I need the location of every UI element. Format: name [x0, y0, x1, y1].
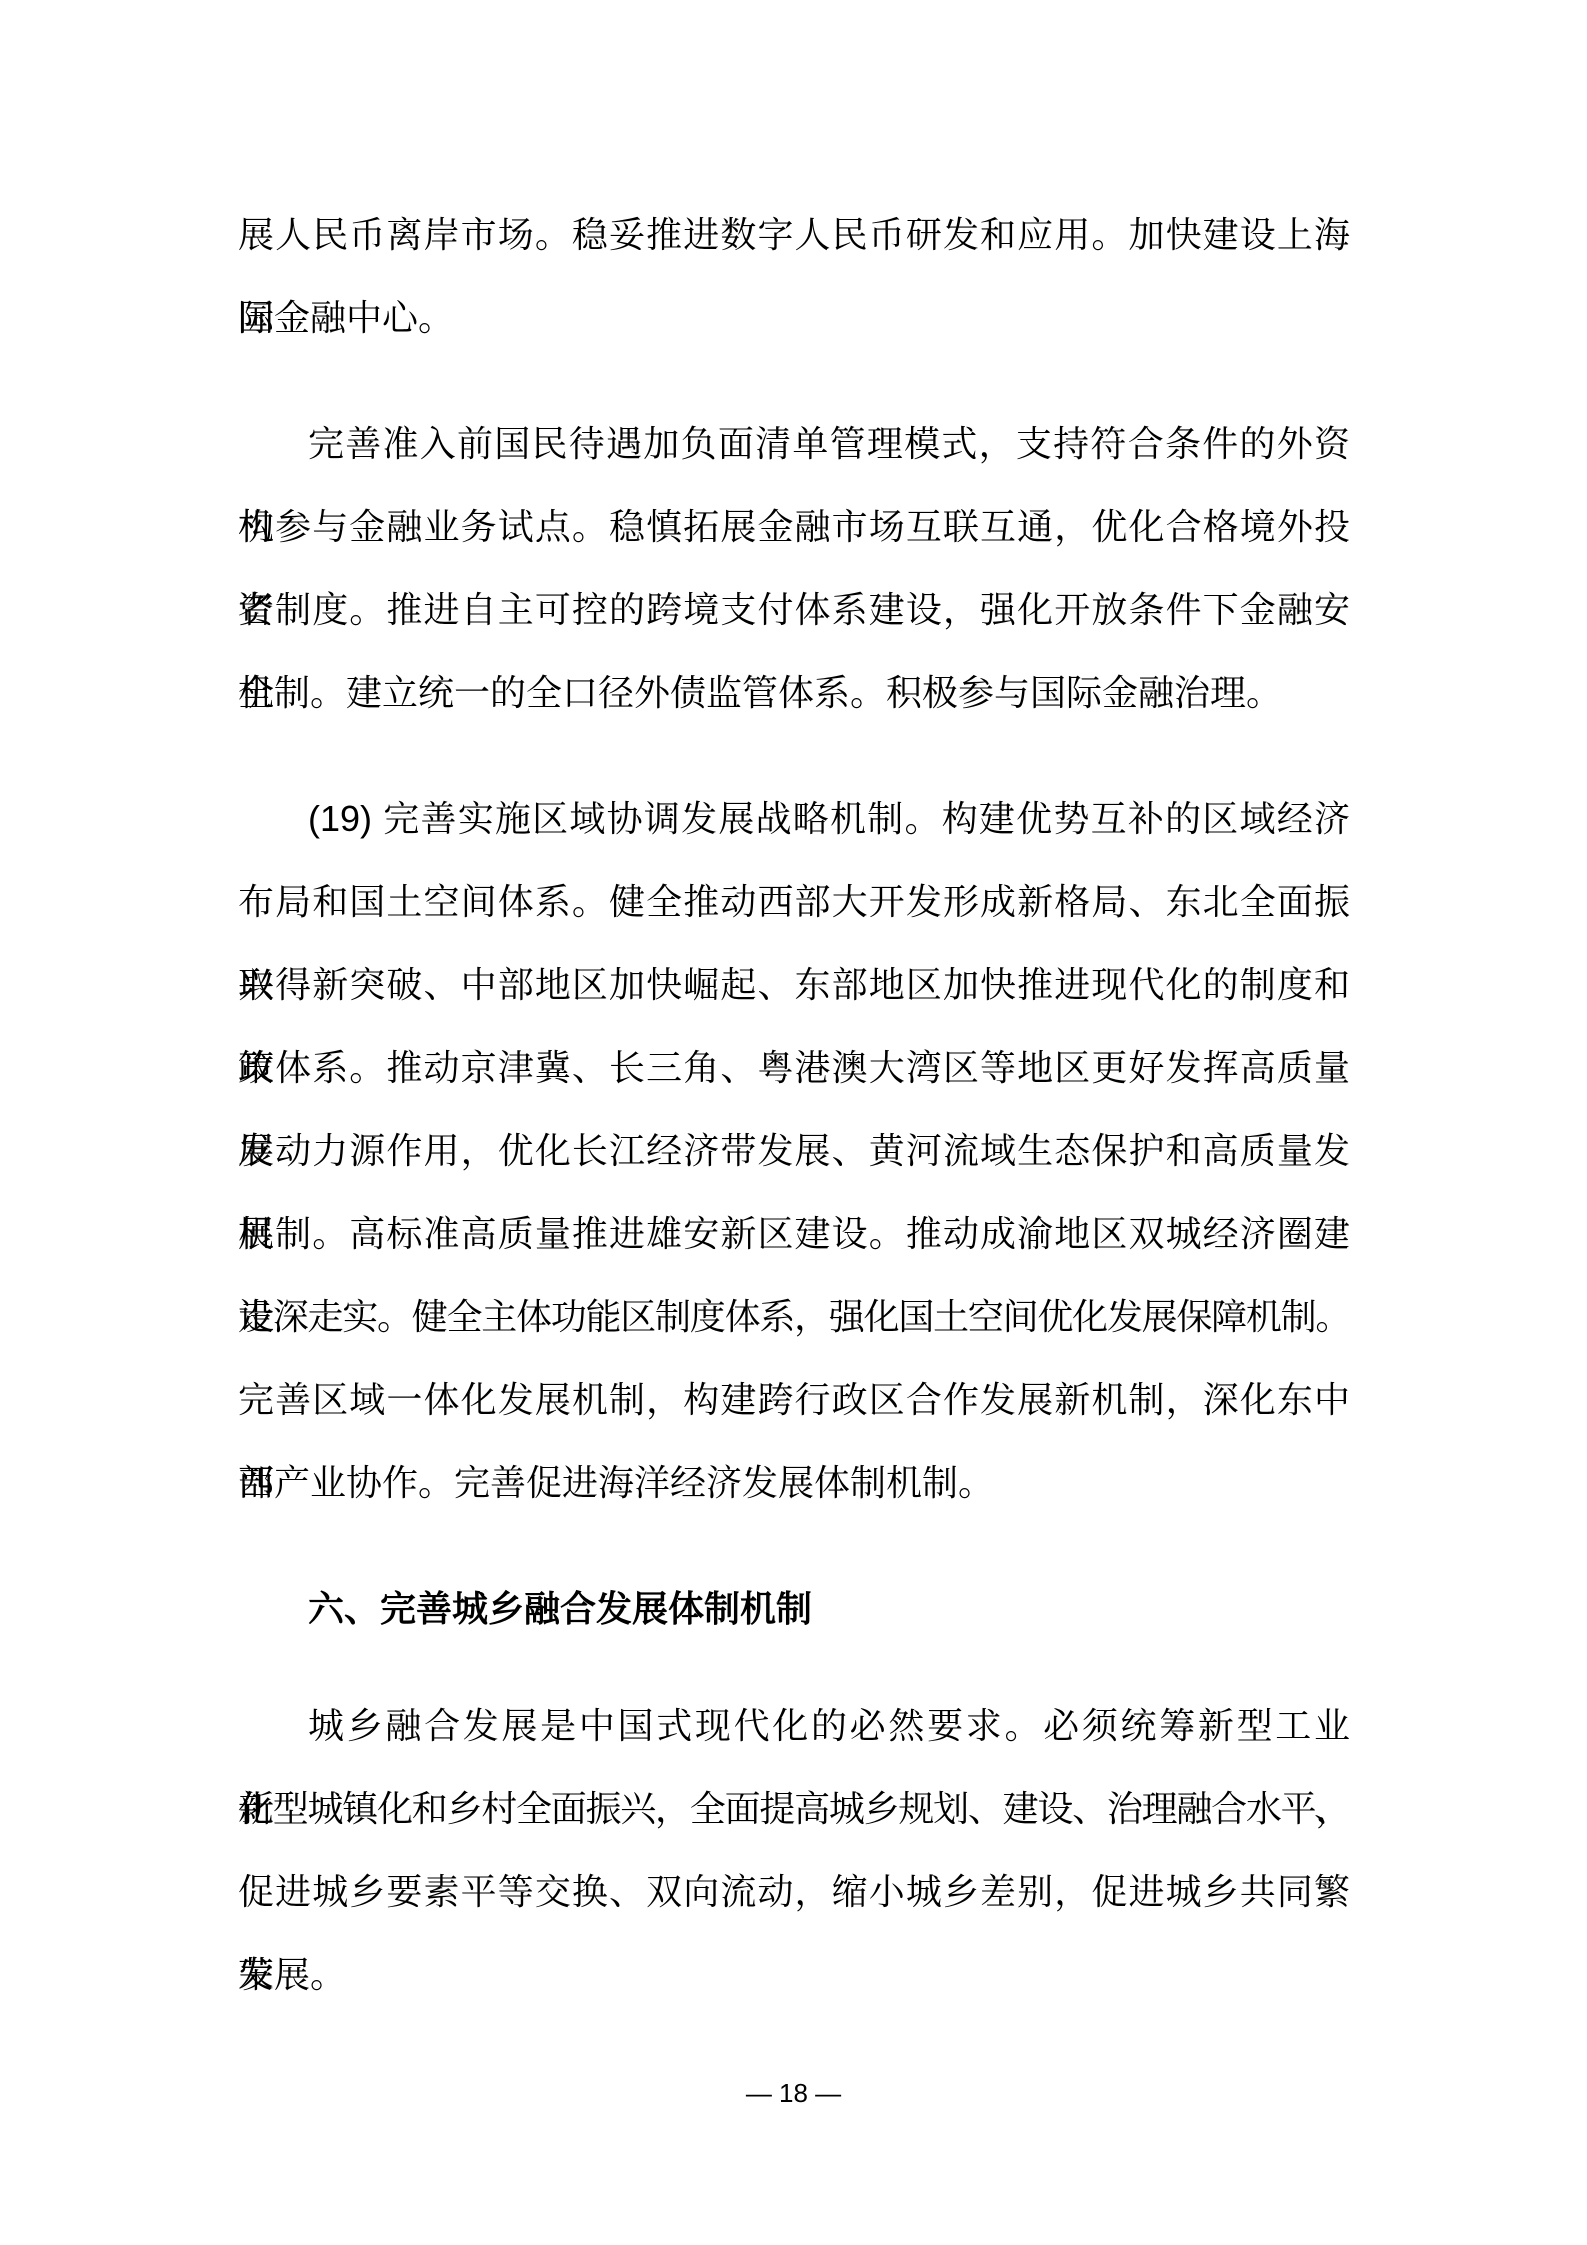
text-line: 完善区域一体化发展机制，构建跨行政区合作发展新机制，深化东中西 — [238, 1358, 1350, 1441]
paragraph: 完善准入前国民待遇加负面清单管理模式，支持符合条件的外资机构参与金融业务试点。稳… — [238, 402, 1350, 734]
section-heading: 六、完善城乡融合发展体制机制 — [238, 1567, 1350, 1650]
text-line: 完善准入前国民待遇加负面清单管理模式，支持符合条件的外资机 — [238, 402, 1350, 485]
text-line: 机制。高标准高质量推进雄安新区建设。推动成渝地区双城经济圈建设 — [238, 1192, 1350, 1275]
page-number: — 18 — — [0, 2078, 1587, 2108]
text-line: 发展。 — [238, 1933, 1350, 2016]
text-line: 走深走实。健全主体功能区制度体系，强化国土空间优化发展保障机制。 — [238, 1275, 1350, 1358]
text-line: 展动力源作用，优化长江经济带发展、黄河流域生态保护和高质量发展 — [238, 1109, 1350, 1192]
text-line: 城乡融合发展是中国式现代化的必然要求。必须统筹新型工业化、 — [238, 1684, 1350, 1767]
text-line: 策体系。推动京津冀、长三角、粤港澳大湾区等地区更好发挥高质量发 — [238, 1026, 1350, 1109]
document-content: 展人民币离岸市场。稳妥推进数字人民币研发和应用。加快建设上海国际金融中心。完善准… — [238, 193, 1350, 2059]
text-line: 构参与金融业务试点。稳慎拓展金融市场互联互通，优化合格境外投资 — [238, 485, 1350, 568]
text-line: 促进城乡要素平等交换、双向流动，缩小城乡差别，促进城乡共同繁荣 — [238, 1850, 1350, 1933]
paragraph: 展人民币离岸市场。稳妥推进数字人民币研发和应用。加快建设上海国际金融中心。 — [238, 193, 1350, 359]
text-line: 布局和国土空间体系。健全推动西部大开发形成新格局、东北全面振兴 — [238, 860, 1350, 943]
text-line: 部产业协作。完善促进海洋经济发展体制机制。 — [238, 1441, 1350, 1524]
text-line: 际金融中心。 — [238, 276, 1350, 359]
text-line: 机制。建立统一的全口径外债监管体系。积极参与国际金融治理。 — [238, 651, 1350, 734]
paragraph: (19) 完善实施区域协调发展战略机制。构建优势互补的区域经济布局和国土空间体系… — [238, 777, 1350, 1524]
paragraph: 城乡融合发展是中国式现代化的必然要求。必须统筹新型工业化、新型城镇化和乡村全面振… — [238, 1684, 1350, 2016]
text-line: 取得新突破、中部地区加快崛起、东部地区加快推进现代化的制度和政 — [238, 943, 1350, 1026]
text-line: 新型城镇化和乡村全面振兴，全面提高城乡规划、建设、治理融合水平， — [238, 1767, 1350, 1850]
text-line: 六、完善城乡融合发展体制机制 — [238, 1567, 1350, 1650]
text-line: (19) 完善实施区域协调发展战略机制。构建优势互补的区域经济 — [238, 777, 1350, 860]
text-line: 者制度。推进自主可控的跨境支付体系建设，强化开放条件下金融安全 — [238, 568, 1350, 651]
text-line: 展人民币离岸市场。稳妥推进数字人民币研发和应用。加快建设上海国 — [238, 193, 1350, 276]
document-blocks: 展人民币离岸市场。稳妥推进数字人民币研发和应用。加快建设上海国际金融中心。完善准… — [238, 193, 1350, 2016]
document-page: 展人民币离岸市场。稳妥推进数字人民币研发和应用。加快建设上海国际金融中心。完善准… — [0, 0, 1587, 2245]
